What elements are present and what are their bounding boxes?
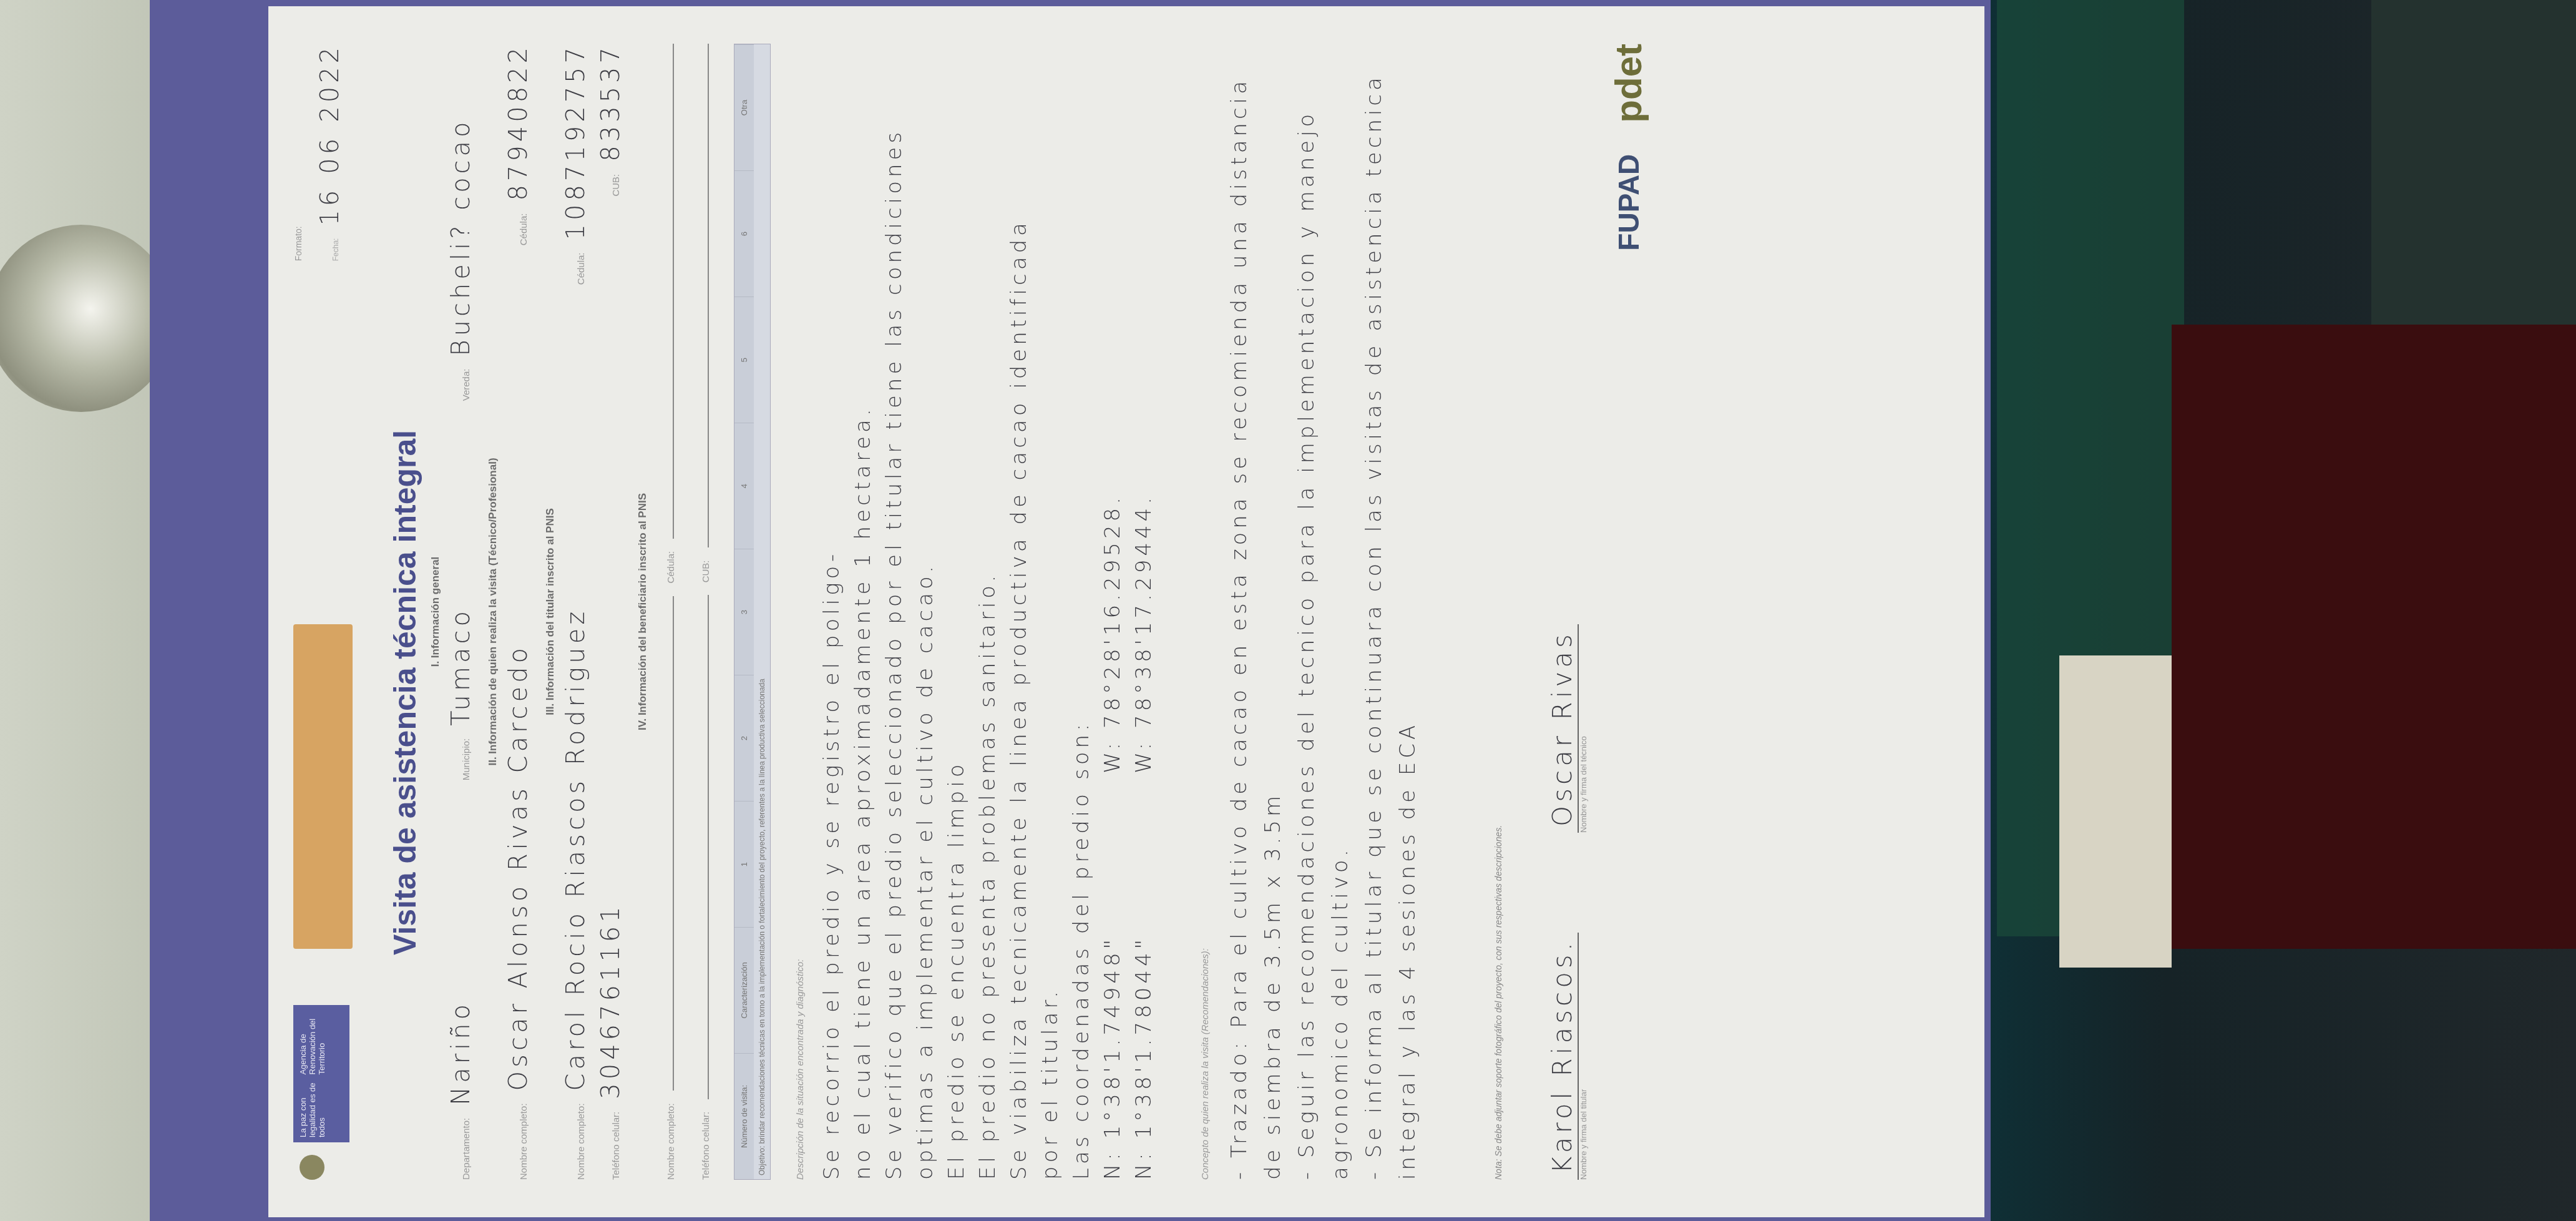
titular-cub: 833537	[597, 44, 625, 162]
fecha-day: 16	[316, 187, 344, 226]
visit-column: 1	[734, 801, 754, 927]
visit-number-table: Número de visita: Caracterización 123456…	[734, 44, 771, 1180]
formato-block: Formato: Fecha: 16 06 2022	[293, 44, 344, 261]
fecha-year: 2022	[316, 44, 344, 122]
visit-column: 3	[734, 549, 754, 675]
recommendation-item: - Seguir las recomendaciones del tecnico…	[1290, 44, 1357, 1180]
page-title: Visita de asistencia técnica integral	[387, 44, 423, 955]
titular-name: Carol Rocio Riascos Rodriguez	[562, 297, 590, 1091]
description-line: por el titular.	[1035, 44, 1066, 1180]
recommendations-text: - Trazado: Para el cultivo de cacao en e…	[1222, 44, 1425, 1180]
coordinate-line: N: 1°38'1.74948"W: 78°28'16.29528.	[1097, 44, 1128, 1180]
description-line: El predio se encuentra limpio	[941, 44, 972, 1180]
titular-phone: 3046761161	[597, 209, 625, 1099]
beneficiary-cub-blank	[689, 44, 709, 547]
beneficiary-row-1: Nombre completo: Cédula:	[654, 44, 689, 1180]
vereda-value: Bucheli? cocao	[447, 44, 476, 356]
description-text: Se recorrio el predio y se registro el p…	[816, 44, 1097, 1180]
recommendations-section: Concepto de quien realiza la visita (Rec…	[1184, 44, 1425, 1180]
coordinate-line: N: 1°38'1.78044"W: 78°38'17.29444.	[1128, 44, 1159, 1180]
fupad-logo: FUPAD	[1612, 154, 1646, 251]
titular-row-1: Nombre completo: Carol Rocio Riascos Rod…	[562, 44, 597, 1180]
beneficiary-phone-blank	[689, 595, 709, 1099]
description-section: Descripción de la situación encontrada y…	[781, 44, 1159, 1180]
coat-of-arms-icon	[300, 1155, 324, 1180]
visit-column: 2	[734, 675, 754, 801]
background-lamp	[2059, 655, 2172, 968]
document-photo: La paz con legalidad es de todos Agencia…	[268, 6, 1984, 1217]
beneficiary-cedula-blank	[654, 44, 674, 539]
recommendation-item: - Se informa al titular que se continuar…	[1357, 44, 1425, 1180]
description-line: Se recorrio el predio y se registro el p…	[816, 44, 847, 1180]
visitor-cedula: 87940822	[504, 44, 533, 201]
description-line: Se verifico que el predio seleccionado p…	[879, 44, 910, 1180]
general-info-row: Departamento: Nariño Municipio: Tumaco V…	[447, 44, 482, 1180]
visitor-name: Oscar Alonso Rivas Carcedo	[504, 258, 533, 1091]
signature-titular: Karol Riascos. Nombre y firma del titula…	[1547, 933, 1588, 1180]
objetivo-text: Objetivo: brindar recomendaciones técnic…	[754, 44, 770, 1179]
departamento-value: Nariño	[447, 793, 476, 1106]
section-heading-beneficiary: IV. Información del beneficiario inscrit…	[637, 44, 649, 1180]
description-line: Las coordenadas del predio son:	[1066, 44, 1097, 1180]
titular-cedula: 1087192757	[562, 44, 590, 240]
section-heading-visitor: II. Información de quien realiza la visi…	[487, 44, 499, 1180]
signatures: Karol Riascos. Nombre y firma del titula…	[1547, 44, 1588, 1180]
government-logo: La paz con legalidad es de todos Agencia…	[293, 1005, 349, 1142]
coordinates: N: 1°38'1.74948"W: 78°28'16.29528.N: 1°3…	[1097, 44, 1159, 1180]
beneficiary-name-blank	[654, 596, 674, 1091]
footer-logos: FUPAD pdet	[1607, 44, 1650, 1180]
fecha-field: Fecha: 16 06 2022	[316, 44, 344, 261]
visit-column: 4	[734, 423, 754, 549]
visit-column: 5	[734, 297, 754, 423]
description-line: no el cual tiene un area aproximadamente…	[847, 44, 879, 1180]
municipio-value: Tumaco	[447, 413, 476, 726]
form-header: La paz con legalidad es de todos Agencia…	[293, 44, 381, 1180]
titular-row-2: Teléfono celular: 3046761161 CUB: 833537	[597, 44, 632, 1180]
beneficiary-row-2: Teléfono celular: CUB:	[689, 44, 724, 1180]
program-banner	[293, 624, 353, 949]
pdet-logo: pdet	[1607, 44, 1650, 123]
background-shelf	[2371, 0, 2576, 325]
section-heading-titular: III. Información del titular inscrito al…	[544, 44, 557, 1180]
visit-column: Otra	[734, 44, 754, 170]
recommendation-item: - Trazado: Para el cultivo de cacao en e…	[1222, 44, 1290, 1180]
description-line: Se viabiliza tecnicamente la linea produ…	[1003, 44, 1035, 1180]
description-line: El predio no presenta problemas sanitari…	[972, 44, 1003, 1180]
fecha-month: 06	[316, 135, 344, 174]
note-text: Nota: Se debe adjuntar soporte fotográfi…	[1493, 44, 1503, 1180]
form-page: La paz con legalidad es de todos Agencia…	[268, 6, 1984, 1217]
visitor-row: Nombre completo: Oscar Alonso Rivas Carc…	[504, 44, 539, 1180]
visit-column: 6	[734, 170, 754, 297]
background-red-object	[2172, 325, 2576, 949]
signature-tecnico: Oscar Rivas Nombre y firma del técnico	[1547, 624, 1588, 833]
description-line: optimas a implementar el cultivo de caca…	[910, 44, 941, 1180]
section-heading-general: I. Información general	[429, 44, 442, 1180]
